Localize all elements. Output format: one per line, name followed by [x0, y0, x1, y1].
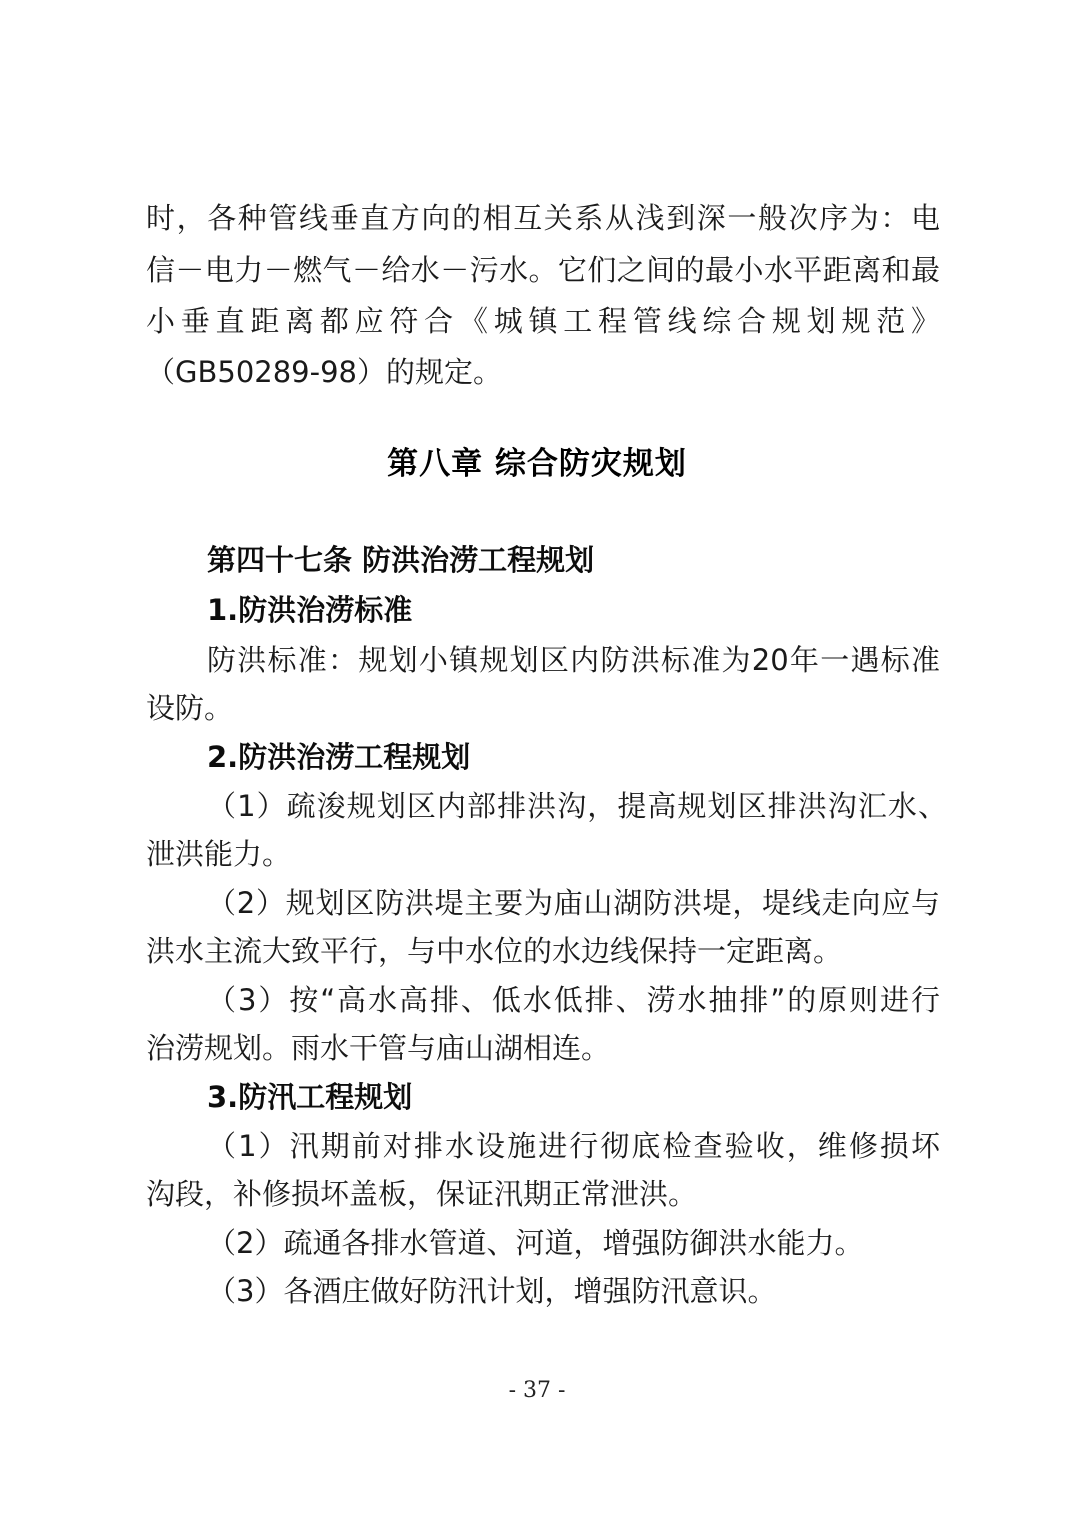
body-text-line: 时，各种管线垂直方向的相互关系从浅到深一般次序为：电: [146, 198, 940, 238]
body-text-line: 信－电力－燃气－给水－污水。它们之间的最小水平距离和最: [146, 250, 940, 290]
body-text-line: （GB50289-98）的规定。: [146, 352, 940, 392]
body-text-line: 洪水主流大致平行，与中水位的水边线保持一定距离。: [146, 931, 940, 971]
section-heading: 3.防汛工程规划: [207, 1077, 940, 1117]
body-text-line: 防洪标准：规划小镇规划区内防洪标准为20年一遇标准: [207, 640, 940, 680]
body-text-line: 沟段，补修损坏盖板，保证汛期正常泄洪。: [146, 1174, 940, 1214]
body-text-line: 泄洪能力。: [146, 834, 940, 874]
body-text-line: （2）疏通各排水管道、河道，增强防御洪水能力。: [207, 1223, 940, 1263]
body-text-line: （1）汛期前对排水设施进行彻底检查验收，维修损坏: [207, 1126, 940, 1166]
chapter-title: 第八章 综合防灾规划: [0, 442, 1074, 486]
page-number: - 37 -: [0, 1376, 1074, 1406]
body-text-line: 小垂直距离都应符合《城镇工程管线综合规划规范》: [146, 301, 940, 341]
body-text-line: 设防。: [146, 688, 940, 728]
body-text-line: （3）各酒庄做好防汛计划，增强防汛意识。: [207, 1271, 940, 1311]
body-text-line: 治涝规划。雨水干管与庙山湖相连。: [146, 1028, 940, 1068]
body-text-line: （3）按“高水高排、低水低排、涝水抽排”的原则进行: [207, 980, 940, 1020]
section-heading: 2.防洪治涝工程规划: [207, 737, 940, 777]
body-text-line: （2）规划区防洪堤主要为庙山湖防洪堤，堤线走向应与: [207, 883, 940, 923]
body-text-line: （1）疏浚规划区内部排洪沟，提高规划区排洪沟汇水、: [207, 786, 947, 826]
article-title: 第四十七条 防洪治涝工程规划: [207, 540, 940, 580]
document-page: 时，各种管线垂直方向的相互关系从浅到深一般次序为：电 信－电力－燃气－给水－污水…: [0, 0, 1074, 1520]
section-heading: 1.防洪治涝标准: [207, 590, 940, 630]
